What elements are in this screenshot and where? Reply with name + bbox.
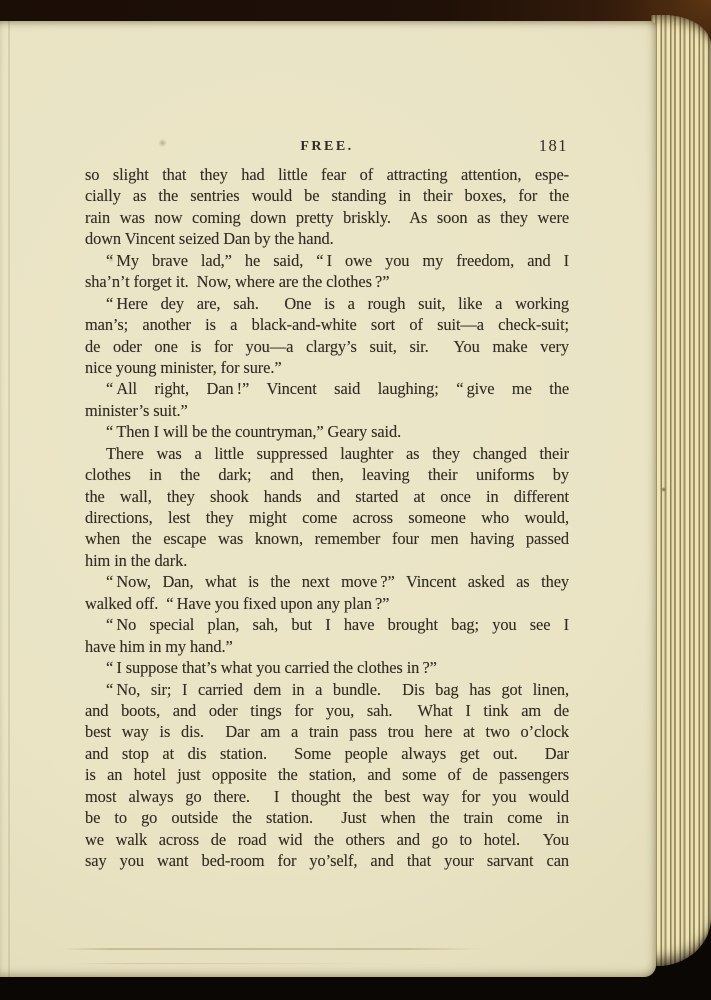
text-line: nice young minister, for sure.”	[85, 357, 569, 378]
text-line: “ Now, Dan, what is the next move ?” Vin…	[85, 571, 569, 592]
text-line: be to go outside the station. Just when …	[85, 807, 569, 828]
text-line: “ Then I will be the countryman,” Geary …	[85, 421, 569, 442]
text-line: directions, lest they might come across …	[85, 507, 569, 528]
text-line: when the escape was known, remember four…	[85, 528, 569, 549]
text-line: so slight that they had little fear of a…	[85, 164, 569, 185]
page-crease-bottom-2	[70, 963, 400, 964]
page-crease-vertical	[8, 21, 10, 977]
text-line: and stop at dis station. Some people alw…	[85, 743, 569, 764]
text-line: we walk across de road wid the others an…	[85, 829, 569, 850]
page-edge-stain	[661, 487, 666, 492]
text-line: and boots, and oder tings for you, sah. …	[85, 700, 569, 721]
page-number: 181	[539, 136, 568, 156]
text-line: is an hotel just opposite the station, a…	[85, 764, 569, 785]
page-stain	[158, 139, 167, 147]
text-line: the wall, they shook hands and started a…	[85, 486, 569, 507]
text-line: man’s; another is a black-and-white sort…	[85, 314, 569, 335]
text-line: have him in my hand.”	[85, 636, 569, 657]
text-line: “ Here dey are, sah. One is a rough suit…	[85, 293, 569, 314]
page-stain	[108, 257, 114, 263]
text-line: sha’n’t forget it. Now, where are the cl…	[85, 271, 569, 292]
book-photo-scene: FREE. 181 so slight that they had little…	[0, 0, 711, 1000]
running-header-title: FREE.	[300, 139, 353, 155]
text-line: “ I suppose that’s what you carried the …	[85, 657, 569, 678]
text-line: “ No, sir; I carried dem in a bundle. Di…	[85, 679, 569, 700]
text-line: clothes in the dark; and then, leaving t…	[85, 464, 569, 485]
text-line: cially as the sentries would be standing…	[85, 185, 569, 206]
page-crease-bottom-1	[62, 948, 482, 950]
text-line: minister’s suit.”	[85, 400, 569, 421]
running-header: FREE. 181	[85, 137, 569, 157]
page-body: so slight that they had little fear of a…	[85, 164, 569, 871]
text-line: There was a little suppressed laughter a…	[85, 443, 569, 464]
text-line: down Vincent seized Dan by the hand.	[85, 228, 569, 249]
page-edges-stack	[651, 15, 711, 966]
text-line: most always go there. I thought the best…	[85, 786, 569, 807]
text-line: walked off. “ Have you fixed upon any pl…	[85, 593, 569, 614]
text-line: “ All right, Dan !” Vincent said laughin…	[85, 378, 569, 399]
text-line: de oder one is for you—a clargy’s suit, …	[85, 336, 569, 357]
text-line: rain was now coming down pretty briskly.…	[85, 207, 569, 228]
text-line: him in the dark.	[85, 550, 569, 571]
text-line: “ My brave lad,” he said, “ I owe you my…	[85, 250, 569, 271]
text-line: say you want bed-room for yo’self, and t…	[85, 850, 569, 871]
book-page: FREE. 181 so slight that they had little…	[0, 21, 656, 977]
text-line: best way is dis. Dar am a train pass tro…	[85, 721, 569, 742]
text-line: “ No special plan, sah, but I have broug…	[85, 614, 569, 635]
